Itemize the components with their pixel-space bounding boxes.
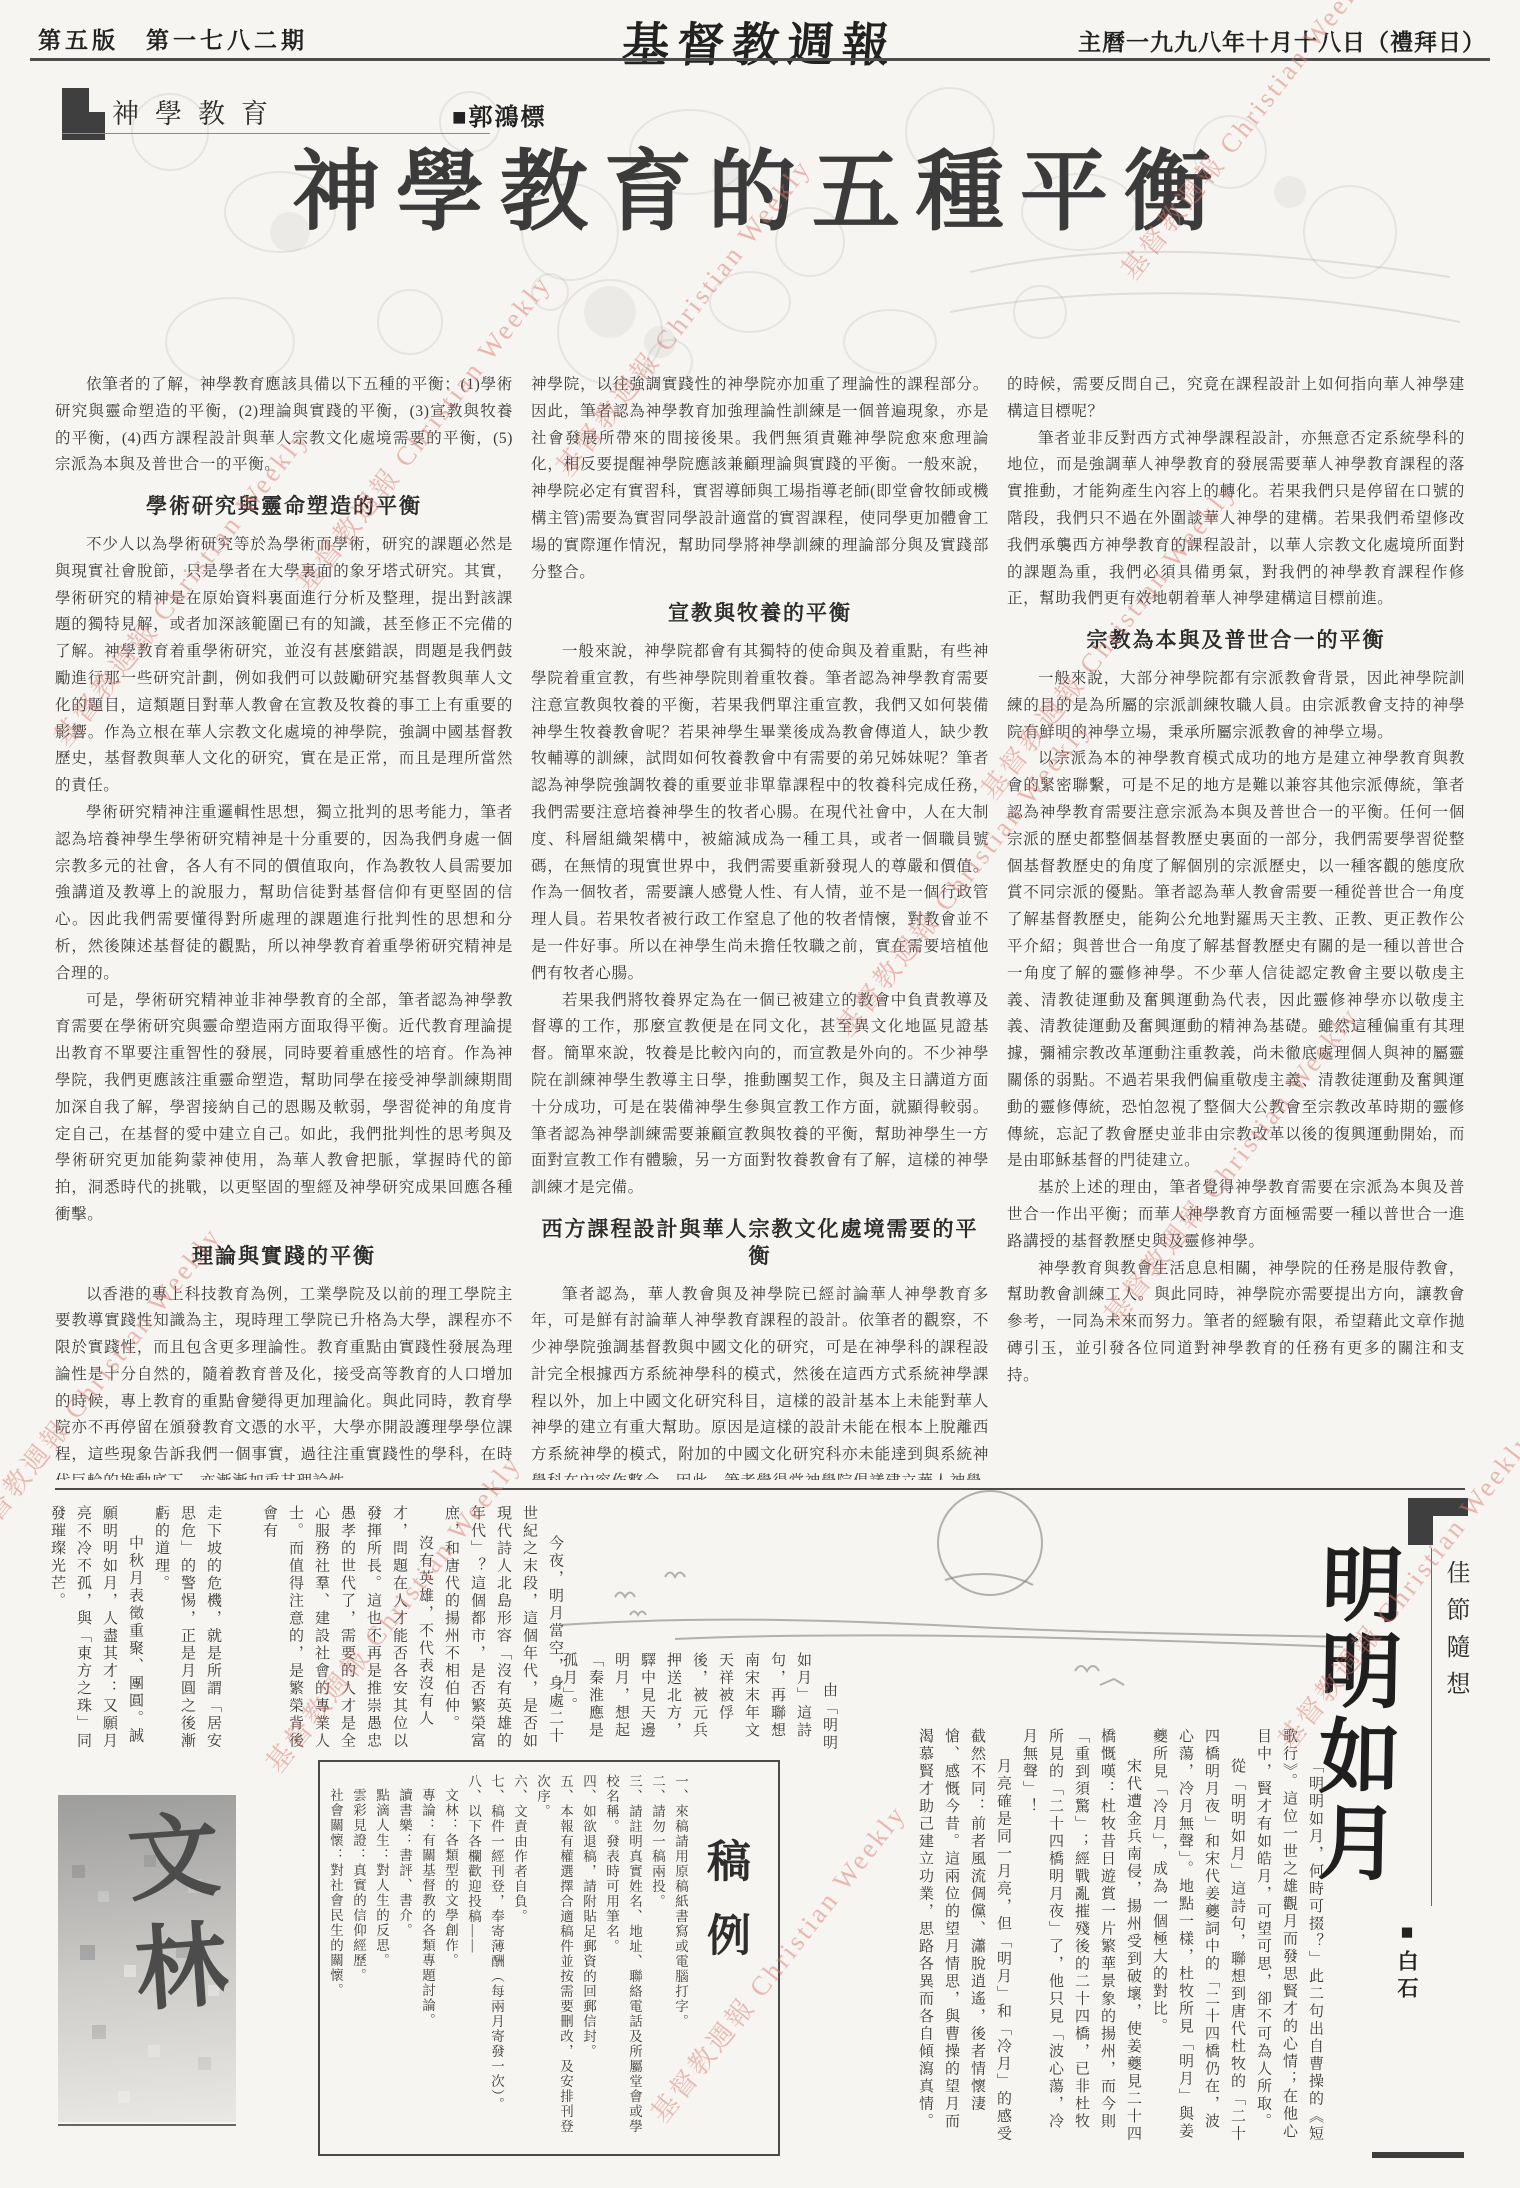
essay-section-rule	[1431, 1548, 1432, 1906]
guideline-category: 專論：有關基督教的各類專題討論。	[416, 1774, 439, 2144]
guideline-category: 文林：各類型的文學創作。	[439, 1774, 462, 2144]
article-column-1: 依筆者的了解，神學教育應該具備以下五種的平衡：(1)學術研究與靈命塑造的平衡，(…	[55, 372, 513, 1480]
paragraph: 筆者認為，華人教會與及神學院已經討論華人神學教育多年，可是鮮有討論華人神學教育課…	[531, 1282, 989, 1481]
essay-paragraph: 從「明明如月」這詩句，聯想到唐代杜牧的「二十四橋明月夜」和宋代姜夔詞中的「二十四…	[1146, 1728, 1250, 2146]
paragraph: 基於上述的理由，筆者覺得神學教育需要在宗派為本與及普世合一作出平衡；而華人神學教…	[1007, 1175, 1465, 1255]
essay-paragraph: 今夜，明月當空，身處二十世紀之末段，這個年代，是否如現代詩人北島形容「沒有英雄的…	[438, 1505, 568, 1752]
essay-paragraph: 宋代遭金兵南侵，揚州受到破壞，使姜夔見二十四橋慨嘆：杜牧昔日遊賞一片繁華景象的揚…	[1016, 1728, 1146, 2146]
paragraph: 若果我們將牧養界定為在一個已被建立的教會中負責教導及督導的工作，那麼宣教便是在同…	[531, 988, 989, 1202]
paragraph: 學術研究精神注重邏輯性思想，獨立批判的思考能力，筆者認為培養神學生學術研究精神是…	[55, 800, 513, 988]
essay-paragraph: 月亮確是同一月亮，但「明月」和「冷月」的感受截然不同：前者風流倜儻、瀟脫逍遙，後…	[912, 1728, 1016, 2146]
guideline-item: 三、請註明真實姓名、地址、聯絡電話及所屬堂會或學校名稱。發表時可用筆名。	[600, 1774, 646, 2144]
paragraph: 一般來說，大部分神學院都有宗派教會背景，因此神學院訓練的目的是為所屬的宗派訓練牧…	[1007, 666, 1465, 746]
guideline-category: 雲彩見證：真實的信仰經歷。	[347, 1774, 370, 2144]
article-bottom-divider	[55, 1488, 1465, 1490]
paragraph: 不少人以為學術研究等於為學術而學術，研究的課題必然是與現實社會脫節，只是學者在大…	[55, 532, 513, 800]
guideline-item: 六、文責由作者自負。	[508, 1774, 531, 2144]
article-title: 神學教育的五種平衡	[60, 122, 1460, 248]
paragraph: 可是，學術研究精神並非神學教育的全部，筆者認為神學教育需要在學術研究與靈命塑造兩…	[55, 988, 513, 1229]
paragraph: 筆者並非反對西方式神學課程設計，亦無意否定系統學科的地位，而是強調華人神學教育的…	[1007, 426, 1465, 614]
guideline-category: 讀書樂：書評、書介。	[393, 1774, 416, 2144]
submission-guidelines-box: 稿例 一、來稿請用原稿紙書寫或電腦打字。 二、請勿一稿兩投。 三、請註明真實姓名…	[318, 1760, 780, 2156]
guideline-item: 八、以下各欄歡迎投稿——	[462, 1774, 485, 2144]
subheading: 宣教與牧養的平衡	[531, 601, 989, 628]
guideline-category: 點滴人生：對人生的反思。	[370, 1774, 393, 2144]
article-column-2: 神學院，以往強調實踐性的神學院亦加重了理論性的課程部分。因此，筆者認為神學教育加…	[531, 372, 989, 1480]
guidelines-items: 一、來稿請用原稿紙書寫或電腦打字。 二、請勿一稿兩投。 三、請註明真實姓名、地址…	[330, 1774, 692, 2144]
paragraph: 以宗派為本的神學教育模式成功的地方是建立神學教育與教會的緊密聯繫，可是不足的地方…	[1007, 746, 1465, 1175]
paragraph: 一般來說，神學院都會有其獨特的使命與及着重點，有些神學院着重宣教，有些神學院則着…	[531, 639, 989, 987]
essay-paragraph: 中秋月表徵重聚、團圓。誠願明明如月，人盡其才：又願月亮不冷不孤，與「東方之珠」同…	[44, 1505, 148, 1752]
essay-paragraph: 走下坡的危機，就是所謂「居安思危」的警惕，正是月圓之後漸虧的道理。	[148, 1505, 226, 1752]
wenlin-bottom-rule	[58, 2124, 236, 2126]
guideline-item: 五、本報有權選擇合適稿件並按需要刪改，及安排刊登次序。	[531, 1774, 577, 2144]
paragraph: 神學院，以往強調實踐性的神學院亦加重了理論性的課程部分。因此，筆者認為神學教育加…	[531, 372, 989, 586]
essay-title: 明明如月	[1313, 1541, 1415, 1887]
guidelines-title: 稿例	[692, 1838, 756, 1986]
page-end-mark	[1372, 2152, 1464, 2158]
essay-text-part-d: 走下坡的危機，就是所謂「居安思危」的警惕，正是月圓之後漸虧的道理。 中秋月表徵重…	[44, 1505, 226, 1752]
essay-paragraph: 由「明明如月」這詩句，再聯想南宋末年文天祥被俘後，被元兵押送北方，驛中見天邊明月…	[562, 1652, 842, 1756]
date-line: 主曆一九九八年十月十八日（禮拜日）	[1078, 24, 1486, 57]
essay-text-part-a: 「明明如月，何時可掇？」此二句出自曹操的《短歌行》。這位一世之雄觀月而發思賢才的…	[848, 1728, 1328, 2146]
paragraph: 神學教育與教會生活息息相關，神學院的任務是服侍教會，幫助教會訓練工人。與此同時，…	[1007, 1256, 1465, 1390]
paragraph: 以香港的專上科技教育為例，工業學院及以前的理工學院主要教導實踐性知識為主，現時理…	[55, 1282, 513, 1481]
essay-text-part-b: 由「明明如月」這詩句，再聯想南宋末年文天祥被俘後，被元兵押送北方，驛中見天邊明月…	[562, 1652, 842, 1756]
subheading: 學術研究與靈命塑造的平衡	[55, 494, 513, 521]
essay-paragraph: 「明明如月，何時可掇？」此二句出自曹操的《短歌行》。這位一世之雄觀月而發思賢才的…	[1250, 1728, 1328, 2146]
guideline-item: 二、請勿一稿兩投。	[646, 1774, 669, 2144]
paragraph: 依筆者的了解，神學教育應該具備以下五種的平衡：(1)學術研究與靈命塑造的平衡，(…	[55, 372, 513, 479]
header-divider	[30, 58, 1490, 61]
guideline-item: 七、稿件一經刊登，奉寄薄酬（每兩月寄發一次）。	[485, 1774, 508, 2144]
essay-section-label: 佳節隨想	[1438, 1560, 1473, 1708]
essay-paragraph: 沒有英雄，不代表沒有人才，問題在人才能否各安其位以發揮所長。這也不再是推崇愚忠愚…	[256, 1505, 438, 1752]
guideline-category: 社會關懷：對社會民生的關懷。	[330, 1774, 347, 2144]
wenlin-label: 文林	[96, 1805, 243, 2034]
wenlin-graphic: 文林	[58, 1795, 236, 2122]
subheading: 宗教為本與及普世合一的平衡	[1007, 628, 1465, 655]
subheading: 理論與實踐的平衡	[55, 1244, 513, 1271]
essay-text-part-c: 今夜，明月當空，身處二十世紀之末段，這個年代，是否如現代詩人北島形容「沒有英雄的…	[232, 1505, 568, 1752]
article-body: 依筆者的了解，神學教育應該具備以下五種的平衡：(1)學術研究與靈命塑造的平衡，(…	[55, 372, 1465, 1480]
essay-author: ■白石	[1392, 1920, 1422, 2004]
guideline-item: 一、來稿請用原稿紙書寫或電腦打字。	[669, 1774, 692, 2144]
article-column-3: 的時候，需要反問自己，究竟在課程設計上如何指向華人神學建構這目標呢？ 筆者並非反…	[1007, 372, 1465, 1480]
guideline-item: 四、如欲退稿，請附貼足郵資的回郵信封。	[577, 1774, 600, 2144]
essay-corner-mark-stem	[1408, 1498, 1433, 1545]
subheading: 西方課程設計與華人宗教文化處境需要的平衡	[531, 1217, 989, 1271]
paragraph: 的時候，需要反問自己，究竟在課程設計上如何指向華人神學建構這目標呢？	[1007, 372, 1465, 426]
